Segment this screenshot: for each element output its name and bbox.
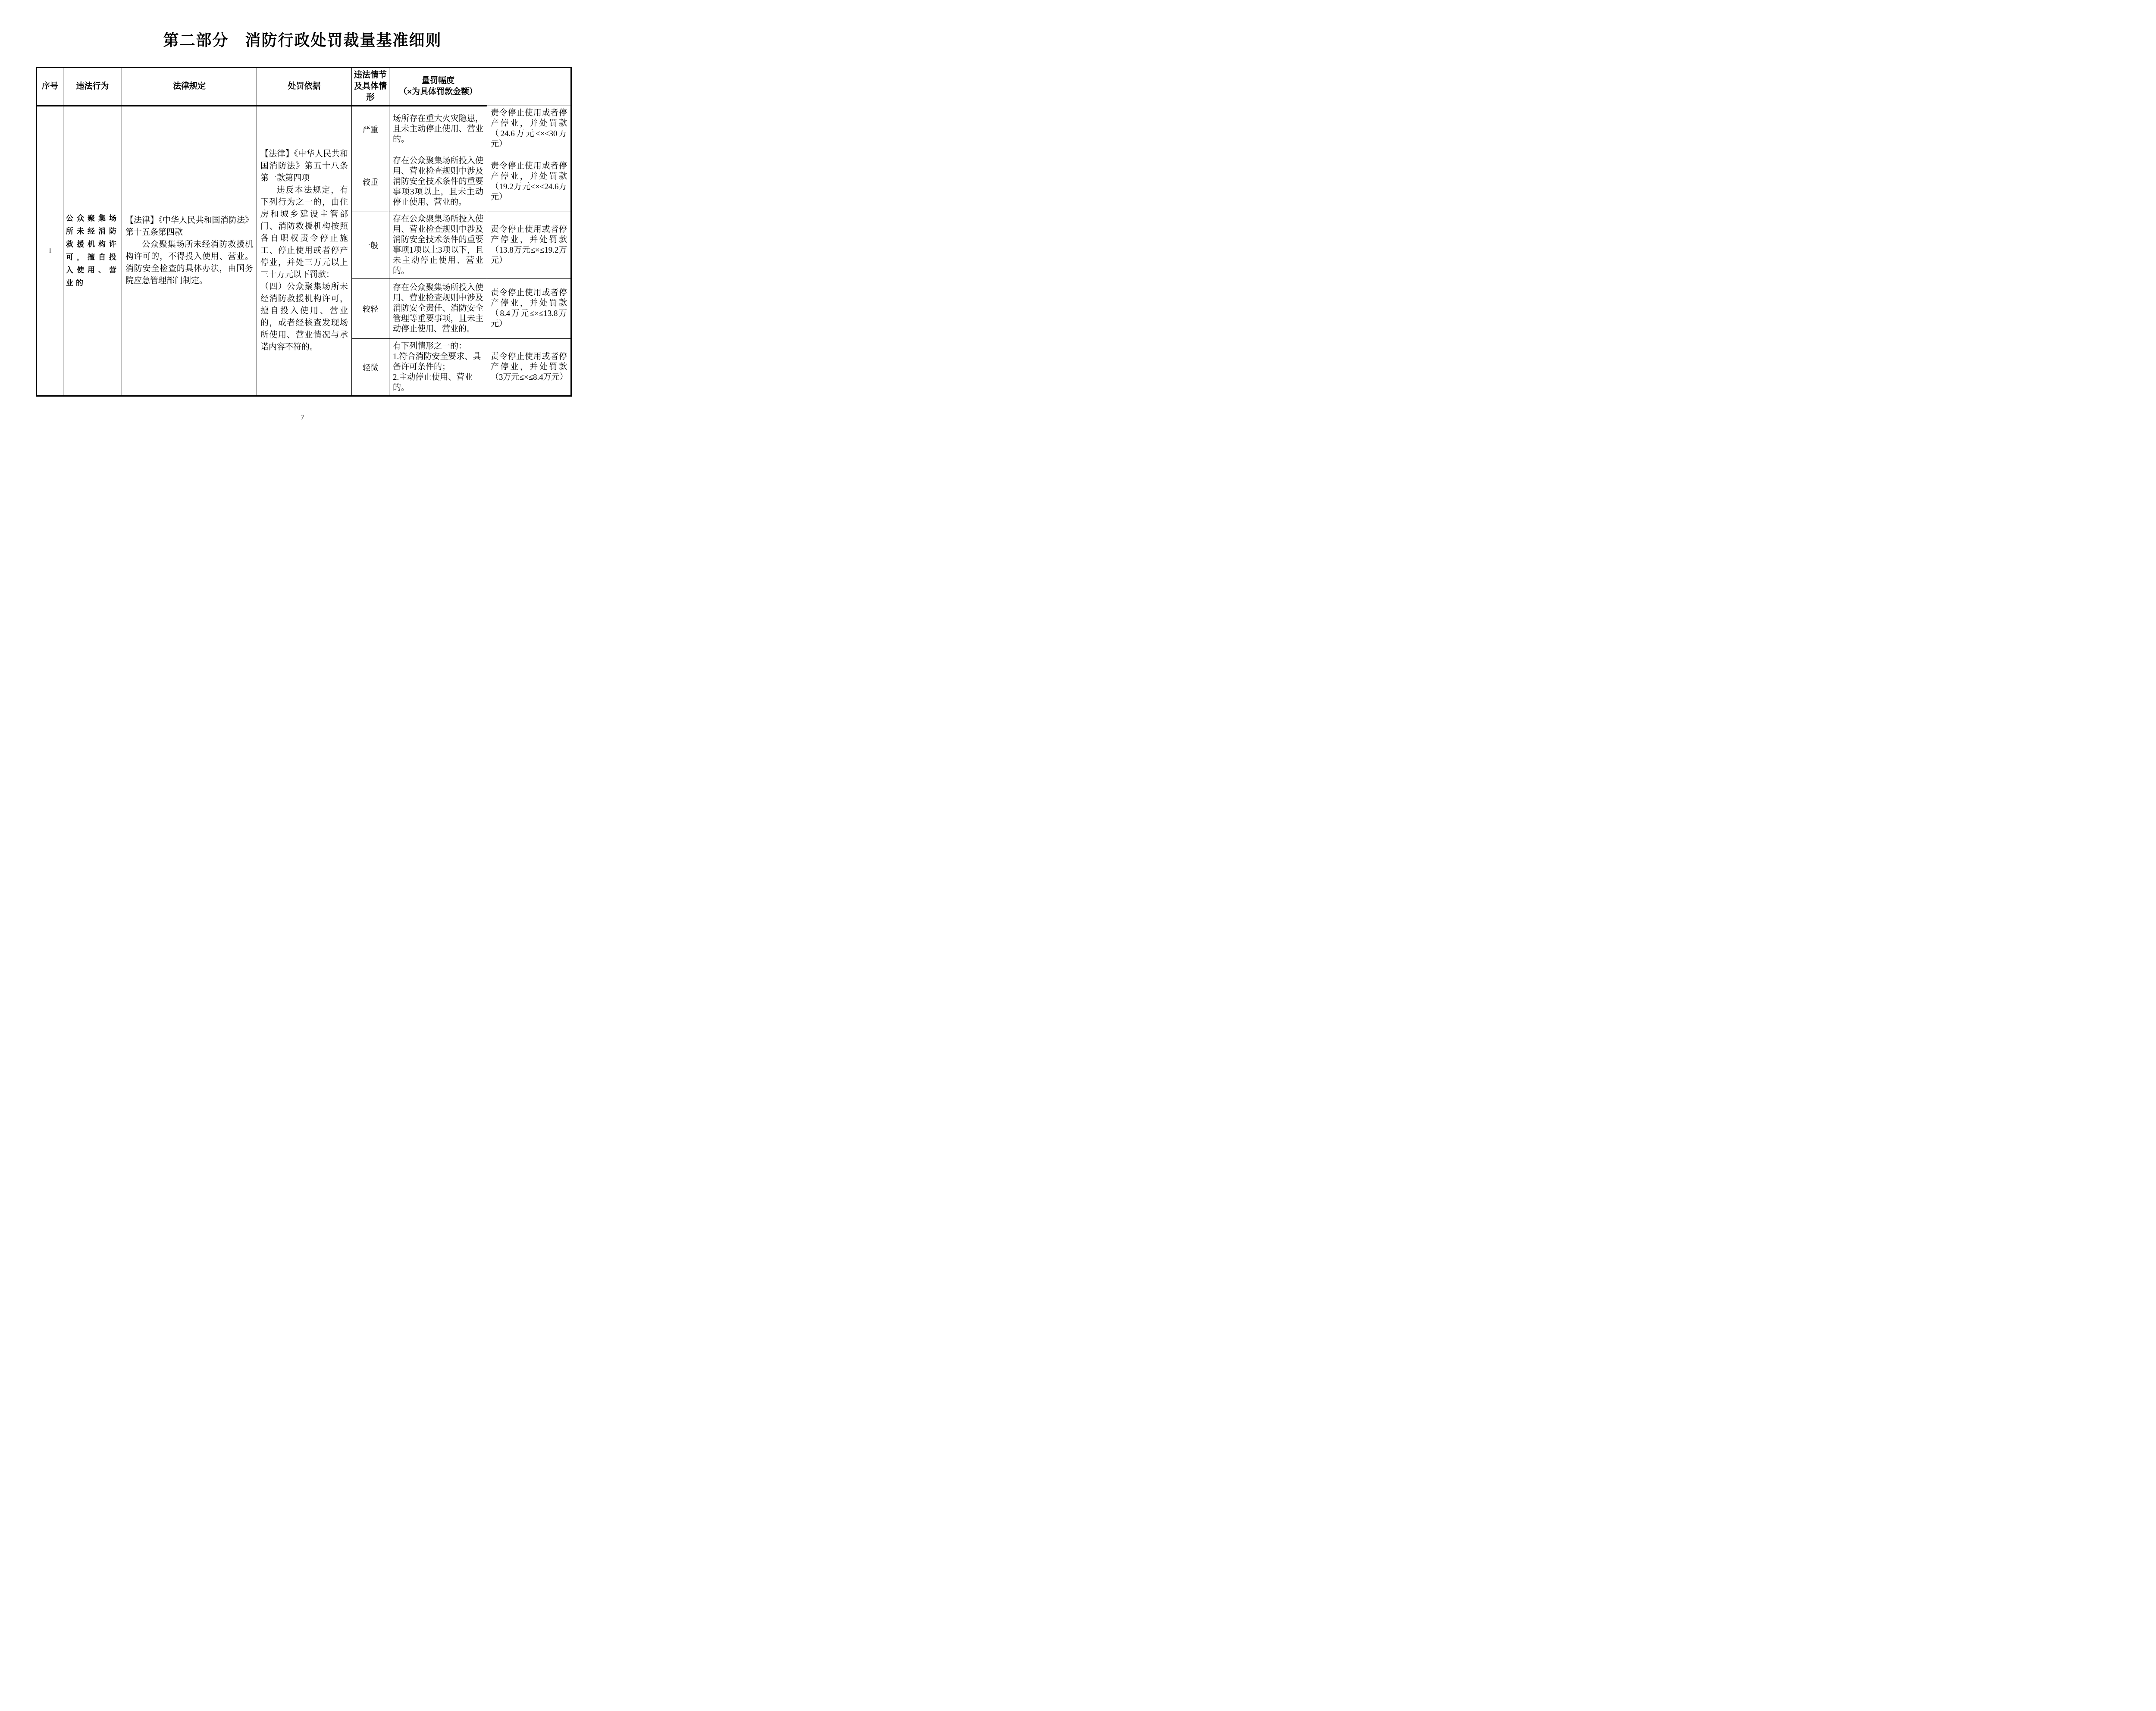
severity-penalty-text: 责令停止使用或者停产停业，并处罚款（13.8万元≤×≤19.2万元）: [487, 212, 571, 279]
penalty-standards-table: 序号 违法行为 法律规定 处罚依据 违法情节及具体情形 量罚幅度 （×为具体罚款…: [36, 67, 572, 397]
document-page: 第二部分消防行政处罚裁量基准细则 序号 违法行为 法律规定 处罚依据 违法情节及…: [0, 0, 605, 428]
col-header-circumstances: 违法情节及具体情形: [352, 68, 389, 106]
penalty-basis-paragraph: （四）公众聚集场所未经消防救援机构许可，擅自投入使用、营业的，或者经核查发现场所…: [260, 281, 348, 353]
situation-line: 2.主动停止使用、营业的。: [393, 372, 483, 393]
legal-provision-paragraph: 公众聚集场所未经消防救援机构许可的，不得投入使用、营业。消防安全检查的具体办法，…: [125, 239, 253, 287]
col-header-legal-provision: 法律规定: [122, 68, 257, 106]
situation-line: 1.符合消防安全要求、具备许可条件的；: [393, 352, 483, 372]
penalty-range-header-line2: （×为具体罚款金额）: [390, 87, 486, 98]
severity-level-label: 一般: [352, 212, 389, 279]
severity-penalty-text: 责令停止使用或者停产停业，并处罚款（19.2万元≤×≤24.6万元）: [487, 152, 571, 212]
table-header-row: 序号 违法行为 法律规定 处罚依据 违法情节及具体情形 量罚幅度 （×为具体罚款…: [37, 68, 571, 106]
col-header-penalty-basis: 处罚依据: [257, 68, 352, 106]
page-title: 第二部分消防行政处罚裁量基准细则: [0, 31, 605, 50]
col-header-illegal-act: 违法行为: [63, 68, 122, 106]
penalty-range-header-line1: 量罚幅度: [390, 75, 486, 87]
severity-level-label: 轻微: [352, 339, 389, 396]
penalty-basis-paragraph: 违反本法规定，有下列行为之一的，由住房和城乡建设主管部门、消防救援机构按照各自职…: [260, 185, 348, 281]
severity-situation-list: 有下列情形之一的： 1.符合消防安全要求、具备许可条件的； 2.主动停止使用、营…: [389, 339, 487, 396]
cell-index-number: 1: [37, 106, 63, 396]
severity-level-label: 严重: [352, 106, 389, 152]
cell-penalty-basis: 【法律】《中华人民共和国消防法》第五十八条第一款第四项 违反本法规定，有下列行为…: [257, 106, 352, 396]
situation-line: 有下列情形之一的：: [393, 341, 483, 352]
severity-situation-text: 存在公众聚集场所投入使用、营业检查规则中涉及消防安全技术条件的重要事项3项以上，…: [389, 152, 487, 212]
severity-penalty-text: 责令停止使用或者停产停业，并处罚款（24.6万元≤×≤30万元）: [487, 106, 571, 152]
severity-situation-text: 存在公众聚集场所投入使用、营业检查规则中涉及消防安全技术条件的重要事项1项以上3…: [389, 212, 487, 279]
severity-situation-text: 存在公众聚集场所投入使用、营业检查规则中涉及消防安全责任、消防安全管理等重要事项…: [389, 279, 487, 339]
severity-row-severe: 1 公众聚集场所未经消防救援机构许可，擅自投入使用、营业的 【法律】《中华人民共…: [37, 106, 571, 152]
severity-penalty-text: 责令停止使用或者停产停业，并处罚款（3万元≤×≤8.4万元）: [487, 339, 571, 396]
severity-penalty-text: 责令停止使用或者停产停业，并处罚款（8.4万元≤×≤13.8万元）: [487, 279, 571, 339]
penalty-basis-paragraph: 【法律】《中华人民共和国消防法》第五十八条第一款第四项: [260, 148, 348, 185]
title-section-number: 第二部分: [163, 32, 229, 49]
severity-situation-text: 场所存在重大火灾隐患，且未主动停止使用、营业的。: [389, 106, 487, 152]
col-header-penalty-range: 量罚幅度 （×为具体罚款金额）: [389, 68, 487, 106]
cell-legal-provision: 【法律】《中华人民共和国消防法》第十五条第四款 公众聚集场所未经消防救援机构许可…: [122, 106, 257, 396]
severity-level-label: 较轻: [352, 279, 389, 339]
page-number: — 7 —: [0, 413, 605, 422]
cell-illegal-act: 公众聚集场所未经消防救援机构许可，擅自投入使用、营业的: [63, 106, 122, 396]
col-header-index: 序号: [37, 68, 63, 106]
title-section-text: 消防行政处罚裁量基准细则: [245, 32, 442, 49]
severity-level-label: 较重: [352, 152, 389, 212]
legal-provision-paragraph: 【法律】《中华人民共和国消防法》第十五条第四款: [125, 215, 253, 239]
